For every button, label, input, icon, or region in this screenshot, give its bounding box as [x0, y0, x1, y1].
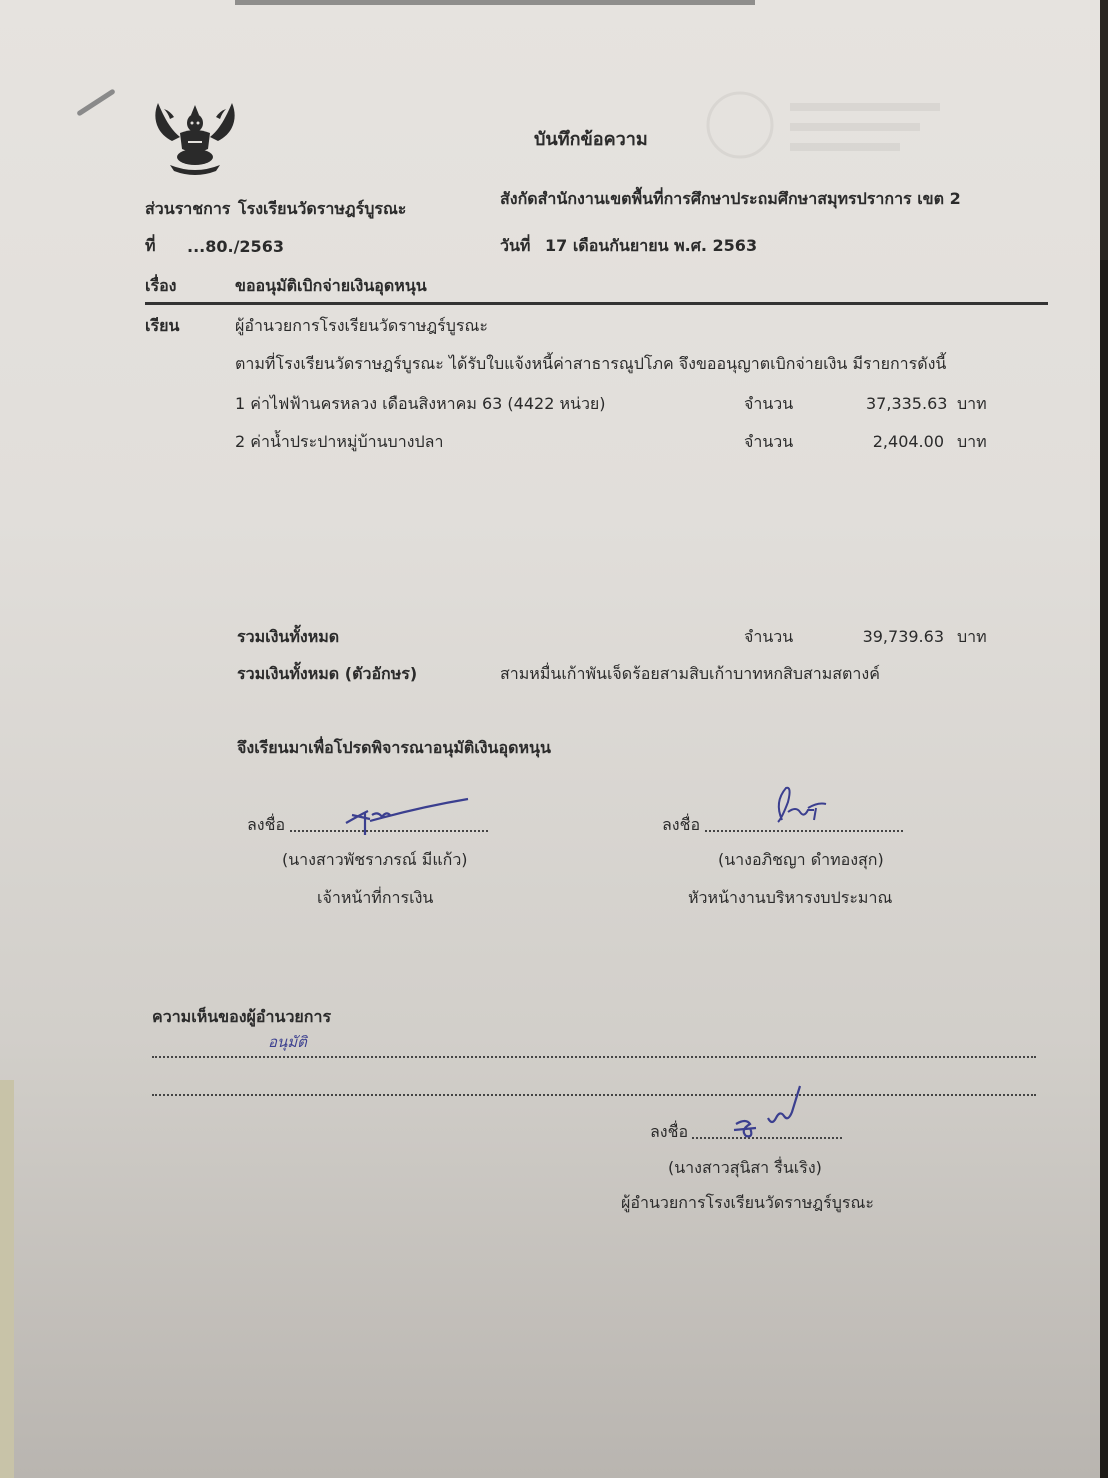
ref-value: ...80./2563: [187, 237, 284, 257]
header-divider: [145, 302, 1048, 305]
signer-right-position: หัวหน้างานบริหารงบประมาณ: [688, 888, 892, 908]
item-amount: 2,404.00: [866, 432, 944, 452]
item-amount: 37,335.63: [866, 394, 944, 414]
item-label: 2 ค่าน้ำประปาหมู่บ้านบางปลา: [235, 432, 443, 452]
signer-right-name: (นางอภิชญา ดำทองสุก): [718, 850, 884, 870]
garuda-emblem-icon: [150, 97, 240, 177]
faded-stamp-icon: [700, 85, 960, 165]
signer-left-name: (นางสาวพัชราภรณ์ มีแก้ว): [282, 850, 468, 870]
sign-label-left: ลงชื่อ: [247, 815, 285, 835]
item-unit: บาท: [957, 432, 987, 452]
closing-text: จึงเรียนมาเพื่อโปรดพิจารณาอนุมัติเงินอุด…: [237, 738, 551, 758]
affiliation: สังกัดสำนักงานเขตพื้นที่การศึกษาประถมศึก…: [500, 189, 961, 209]
signature-right-icon: [768, 784, 833, 826]
item-unit: บาท: [957, 394, 987, 414]
subject-label: เรื่อง: [145, 276, 176, 296]
total-label: รวมเงินทั้งหมด: [237, 627, 339, 647]
signature-line-right: [705, 830, 903, 832]
opinion-line-2: [152, 1094, 1036, 1096]
agency-label: ส่วนราชการ: [145, 199, 230, 219]
total-amount-label: จำนวน: [744, 627, 793, 647]
to-value: ผู้อำนวยการโรงเรียนวัดราษฎร์บูรณะ: [235, 316, 488, 336]
sign-label-right: ลงชื่อ: [662, 815, 700, 835]
underlying-page-edge: [0, 1080, 14, 1478]
date-label: วันที่: [500, 236, 530, 256]
background-edge: [1100, 260, 1108, 1478]
item-amount-label: จำนวน: [744, 394, 793, 414]
director-name: (นางสาวสุนิสา รื่นเริง): [668, 1158, 822, 1178]
item-amount-label: จำนวน: [744, 432, 793, 452]
director-opinion-label: ความเห็นของผู้อำนวยการ: [152, 1007, 331, 1027]
ref-label: ที่: [145, 236, 156, 256]
total-unit: บาท: [957, 627, 987, 647]
agency-value: โรงเรียนวัดราษฎร์บูรณะ: [238, 199, 406, 219]
total-words-label: รวมเงินทั้งหมด (ตัวอักษร): [237, 664, 417, 684]
total-words-value: สามหมื่นเก้าพันเจ็ดร้อยสามสิบเก้าบาทหกสิ…: [500, 664, 880, 684]
item-label: 1 ค่าไฟฟ้านครหลวง เดือนสิงหาคม 63 (4422 …: [235, 394, 606, 414]
director-position: ผู้อำนวยการโรงเรียนวัดราษฎร์บูรณะ: [621, 1193, 874, 1213]
director-opinion-handwritten: อนุมัติ: [268, 1032, 307, 1052]
date-value: 17 เดือนกันยายน พ.ศ. 2563: [545, 236, 757, 256]
signature-left-icon: [340, 793, 475, 838]
signer-left-position: เจ้าหน้าที่การเงิน: [317, 888, 433, 908]
sign-label-director: ลงชื่อ: [650, 1122, 688, 1142]
opinion-line-1: [152, 1056, 1036, 1058]
total-amount: 39,739.63: [862, 627, 944, 647]
subject-value: ขออนุมัติเบิกจ่ายเงินอุดหนุน: [235, 276, 427, 296]
document-title: บันทึกข้อความ: [534, 130, 648, 150]
top-shadow: [235, 0, 755, 5]
intro-text: ตามที่โรงเรียนวัดราษฎร์บูรณะ ได้รับใบแจ้…: [235, 354, 946, 374]
signature-director-icon: [728, 1082, 808, 1144]
to-label: เรียน: [145, 316, 179, 336]
